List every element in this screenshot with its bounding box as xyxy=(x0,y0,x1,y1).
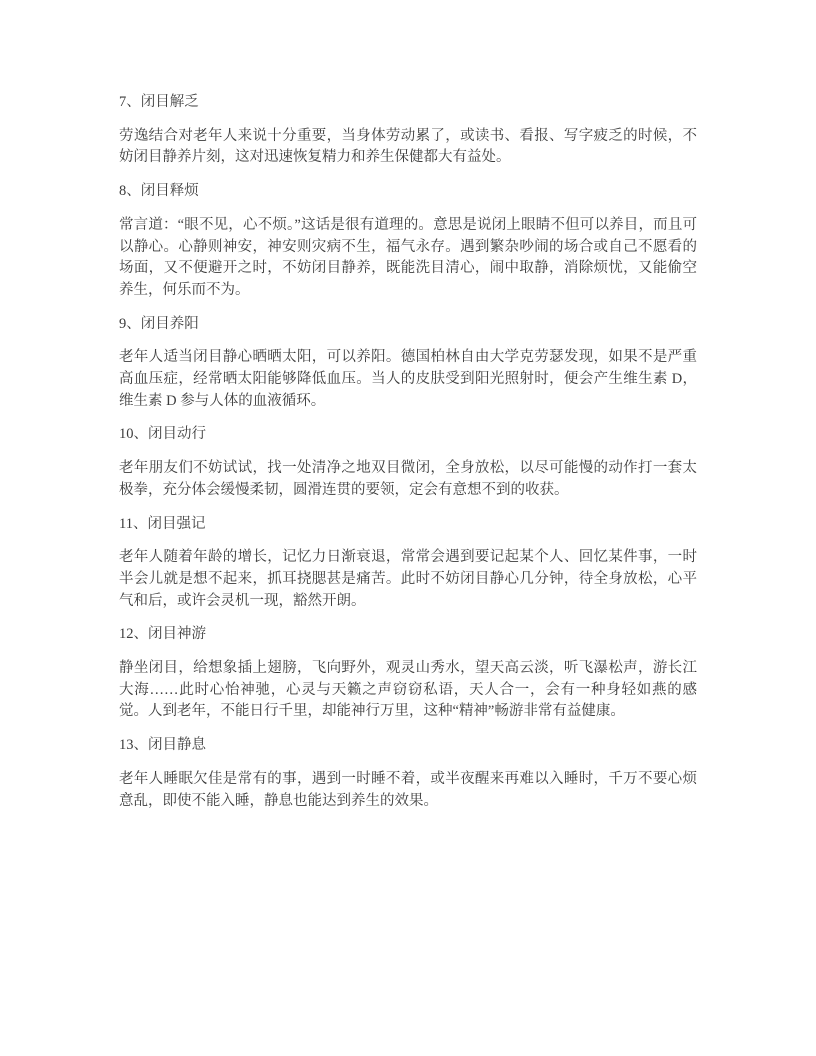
section-9: 9、闭目养阳 老年人适当闭目静心晒晒太阳，可以养阳。德国柏林自由大学克劳瑟发现，… xyxy=(119,314,697,413)
section-13: 13、闭目静息 老年人睡眠欠佳是常有的事，遇到一时睡不着，或半夜醒来再难以入睡时… xyxy=(119,735,697,812)
section-body: 静坐闭目，给想象插上翅膀，飞向野外，观灵山秀水，望天高云淡，听飞瀑松声，游长江大… xyxy=(119,658,697,723)
section-body: 老年人适当闭目静心晒晒太阳，可以养阳。德国柏林自由大学克劳瑟发现，如果不是严重高… xyxy=(119,347,697,412)
section-body: 老年人睡眠欠佳是常有的事，遇到一时睡不着，或半夜醒来再难以入睡时，千万不要心烦意… xyxy=(119,769,697,812)
section-heading: 12、闭目神游 xyxy=(119,624,697,646)
section-body: 老年人随着年龄的增长，记忆力日渐衰退，常常会遇到要记起某个人、回忆某件事，一时半… xyxy=(119,547,697,612)
section-10: 10、闭目动行 老年朋友们不妨试试，找一处清净之地双目微闭，全身放松，以尽可能慢… xyxy=(119,424,697,501)
section-heading: 7、闭目解乏 xyxy=(119,92,697,114)
section-heading: 13、闭目静息 xyxy=(119,735,697,757)
section-heading: 10、闭目动行 xyxy=(119,424,697,446)
section-7: 7、闭目解乏 劳逸结合对老年人来说十分重要，当身体劳动累了，或读书、看报、写字疲… xyxy=(119,92,697,169)
section-8: 8、闭目释烦 常言道：“眼不见，心不烦。”这话是很有道理的。意思是说闭上眼睛不但… xyxy=(119,181,697,302)
section-11: 11、闭目强记 老年人随着年龄的增长，记忆力日渐衰退，常常会遇到要记起某个人、回… xyxy=(119,514,697,613)
section-12: 12、闭目神游 静坐闭目，给想象插上翅膀，飞向野外，观灵山秀水，望天高云淡，听飞… xyxy=(119,624,697,723)
document-page: 7、闭目解乏 劳逸结合对老年人来说十分重要，当身体劳动累了，或读书、看报、写字疲… xyxy=(0,0,816,1056)
section-heading: 8、闭目释烦 xyxy=(119,181,697,203)
section-body: 常言道：“眼不见，心不烦。”这话是很有道理的。意思是说闭上眼睛不但可以养目，而且… xyxy=(119,215,697,302)
section-heading: 9、闭目养阳 xyxy=(119,314,697,336)
section-body: 老年朋友们不妨试试，找一处清净之地双目微闭，全身放松，以尽可能慢的动作打一套太极… xyxy=(119,458,697,501)
section-heading: 11、闭目强记 xyxy=(119,514,697,536)
section-body: 劳逸结合对老年人来说十分重要，当身体劳动累了，或读书、看报、写字疲乏的时候，不妨… xyxy=(119,126,697,169)
